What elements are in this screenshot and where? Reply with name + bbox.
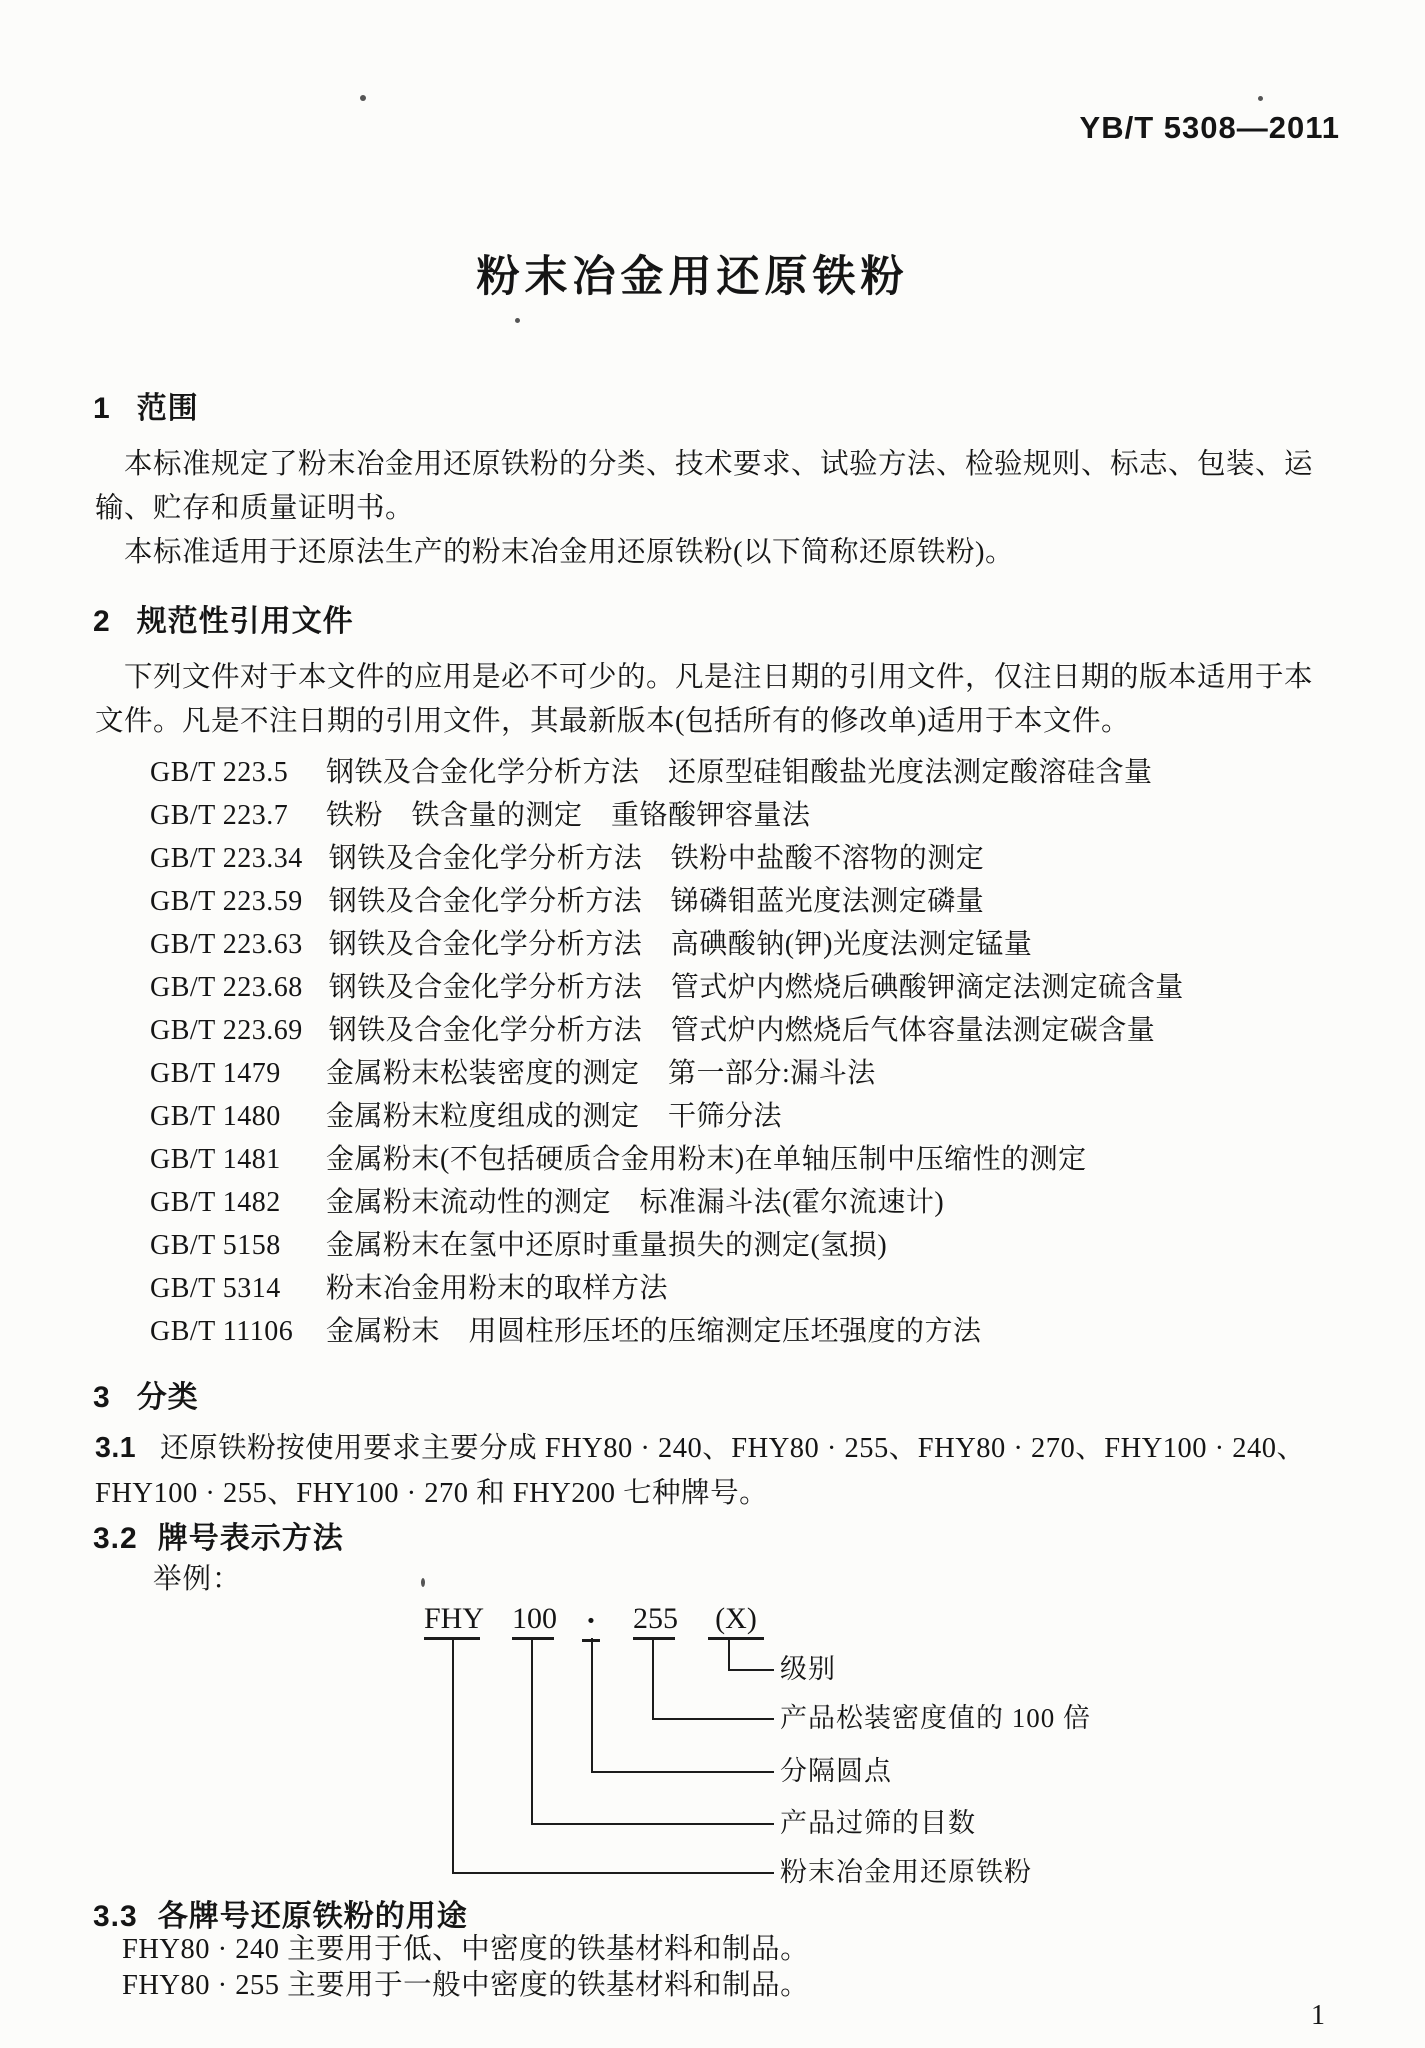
list-item: GB/T 5314粉末冶金用粉末的取样方法 bbox=[150, 1267, 1330, 1310]
diagram-code-density: 255 bbox=[633, 1602, 675, 1640]
list-item: GB/T 223.34钢铁及合金化学分析方法 铁粉中盐酸不溶物的测定 bbox=[150, 837, 1330, 880]
section-3-number: 3 bbox=[93, 1381, 111, 1415]
list-item: GB/T 223.7铁粉 铁含量的测定 重铬酸钾容量法 bbox=[150, 794, 1330, 837]
scope-paragraph-2: 本标准适用于还原法生产的粉末冶金用还原铁粉(以下简称还原铁粉)。 bbox=[95, 531, 1313, 575]
ref-title: 金属粉末粒度组成的测定 干筛分法 bbox=[326, 1095, 782, 1138]
diagram-connector-line bbox=[591, 1638, 593, 1773]
scope-paragraph-1: 本标准规定了粉末冶金用还原铁粉的分类、技术要求、试验方法、检验规则、标志、包装、… bbox=[95, 443, 1313, 531]
list-item: GB/T 1481金属粉末(不包括硬质合金用粉末)在单轴压制中压缩性的测定 bbox=[150, 1138, 1330, 1181]
list-item: GB/T 223.63钢铁及合金化学分析方法 高碘酸钠(钾)光度法测定锰量 bbox=[150, 923, 1330, 966]
diagram-connector-line bbox=[728, 1669, 774, 1671]
page-title: 粉末冶金用还原铁粉 bbox=[0, 243, 1385, 304]
diagram-label-separator: 分隔圆点 bbox=[780, 1756, 892, 1786]
list-item: GB/T 223.69钢铁及合金化学分析方法 管式炉内燃烧后气体容量法测定碳含量 bbox=[150, 1009, 1330, 1052]
section-1-number: 1 bbox=[93, 392, 111, 426]
ref-code: GB/T 11106 bbox=[150, 1310, 300, 1353]
clause-3-1: 3.1还原铁粉按使用要求主要分成 FHY80 · 240、FHY80 · 255… bbox=[95, 1426, 1313, 1516]
diagram-label-grade: 级别 bbox=[780, 1654, 836, 1684]
clause-3-1-number: 3.1 bbox=[95, 1432, 136, 1464]
ref-title: 金属粉末在氢中还原时重量损失的测定(氢损) bbox=[326, 1224, 887, 1267]
clause-3-2-number: 3.2 bbox=[93, 1522, 138, 1556]
designation-diagram: FHY 100 · 255 (X) 级别 产品松装密度值的 100 倍 分隔圆点… bbox=[0, 1590, 1425, 1900]
diagram-connector-line bbox=[652, 1718, 774, 1720]
usage-line-fhy80-255: FHY80 · 255 主要用于一般中密度的铁基材料和制品。 bbox=[122, 1962, 809, 2003]
section-1-title: 范围 bbox=[137, 392, 199, 425]
section-3-title: 分类 bbox=[137, 1381, 199, 1414]
ref-title: 金属粉末 用圆柱形压坯的压缩测定压坯强度的方法 bbox=[326, 1310, 982, 1353]
references-intro-paragraph: 下列文件对于本文件的应用是必不可少的。凡是注日期的引用文件，仅注日期的版本适用于… bbox=[95, 656, 1313, 744]
list-item: GB/T 11106金属粉末 用圆柱形压坯的压缩测定压坯强度的方法 bbox=[150, 1310, 1330, 1353]
list-item: GB/T 223.5钢铁及合金化学分析方法 还原型硅钼酸盐光度法测定酸溶硅含量 bbox=[150, 751, 1330, 794]
diagram-connector-line bbox=[591, 1771, 774, 1773]
ref-title: 钢铁及合金化学分析方法 锑磷钼蓝光度法测定磷量 bbox=[329, 880, 985, 923]
diagram-code-prefix: FHY bbox=[424, 1602, 480, 1640]
scan-speck bbox=[1258, 96, 1263, 101]
ref-code: GB/T 1482 bbox=[150, 1181, 300, 1224]
list-item: GB/T 1482金属粉末流动性的测定 标准漏斗法(霍尔流速计) bbox=[150, 1181, 1330, 1224]
ref-title: 金属粉末松装密度的测定 第一部分:漏斗法 bbox=[326, 1052, 876, 1095]
ref-title: 钢铁及合金化学分析方法 还原型硅钼酸盐光度法测定酸溶硅含量 bbox=[326, 751, 1153, 794]
clause-3-2-title: 牌号表示方法 bbox=[158, 1522, 344, 1555]
ref-title: 粉末冶金用粉末的取样方法 bbox=[326, 1267, 668, 1310]
ref-title: 金属粉末流动性的测定 标准漏斗法(霍尔流速计) bbox=[326, 1181, 944, 1224]
clause-3-2-heading: 3.2牌号表示方法 bbox=[93, 1513, 344, 1557]
doc-code: YB/T 5308—2011 bbox=[1080, 110, 1340, 146]
ref-code: GB/T 5314 bbox=[150, 1267, 300, 1310]
ref-code: GB/T 223.63 bbox=[150, 923, 303, 966]
ref-code: GB/T 223.68 bbox=[150, 966, 303, 1009]
section-2-number: 2 bbox=[93, 605, 111, 639]
ref-code: GB/T 223.34 bbox=[150, 837, 303, 880]
list-item: GB/T 1479金属粉末松装密度的测定 第一部分:漏斗法 bbox=[150, 1052, 1330, 1095]
ref-code: GB/T 1479 bbox=[150, 1052, 300, 1095]
diagram-connector-line bbox=[652, 1638, 654, 1720]
ref-code: GB/T 5158 bbox=[150, 1224, 300, 1267]
diagram-label-prefix: 粉末冶金用还原铁粉 bbox=[780, 1857, 1032, 1887]
list-item: GB/T 223.59钢铁及合金化学分析方法 锑磷钼蓝光度法测定磷量 bbox=[150, 880, 1330, 923]
diagram-connector-line bbox=[531, 1638, 533, 1825]
diagram-label-density: 产品松装密度值的 100 倍 bbox=[780, 1703, 1091, 1733]
ref-code: GB/T 1481 bbox=[150, 1138, 300, 1181]
ref-code: GB/T 223.5 bbox=[150, 751, 300, 794]
ref-title: 钢铁及合金化学分析方法 铁粉中盐酸不溶物的测定 bbox=[329, 837, 985, 880]
ref-title: 铁粉 铁含量的测定 重铬酸钾容量法 bbox=[326, 794, 811, 837]
diagram-code-mesh: 100 bbox=[512, 1602, 554, 1640]
section-2-title: 规范性引用文件 bbox=[137, 605, 354, 638]
ref-title: 钢铁及合金化学分析方法 管式炉内燃烧后碘酸钾滴定法测定硫含量 bbox=[329, 966, 1184, 1009]
diagram-code-grade: (X) bbox=[708, 1602, 764, 1640]
ref-title: 金属粉末(不包括硬质合金用粉末)在单轴压制中压缩性的测定 bbox=[326, 1138, 1087, 1181]
ref-code: GB/T 223.69 bbox=[150, 1009, 303, 1052]
section-3-heading: 3分类 bbox=[93, 1372, 199, 1416]
ref-title: 钢铁及合金化学分析方法 管式炉内燃烧后气体容量法测定碳含量 bbox=[329, 1009, 1156, 1052]
list-item: GB/T 5158金属粉末在氢中还原时重量损失的测定(氢损) bbox=[150, 1224, 1330, 1267]
list-item: GB/T 223.68钢铁及合金化学分析方法 管式炉内燃烧后碘酸钾滴定法测定硫含… bbox=[150, 966, 1330, 1009]
section-2-heading: 2规范性引用文件 bbox=[93, 596, 354, 640]
ref-title: 钢铁及合金化学分析方法 高碘酸钠(钾)光度法测定锰量 bbox=[329, 923, 1033, 966]
diagram-connector-line bbox=[452, 1872, 774, 1874]
diagram-connector-line bbox=[531, 1823, 774, 1825]
diagram-connector-line bbox=[728, 1638, 730, 1671]
ref-code: GB/T 1480 bbox=[150, 1095, 300, 1138]
diagram-label-mesh: 产品过筛的目数 bbox=[780, 1808, 976, 1838]
scan-speck bbox=[360, 95, 366, 101]
diagram-code-separator-dot: · bbox=[582, 1602, 600, 1642]
normative-references-list: GB/T 223.5钢铁及合金化学分析方法 还原型硅钼酸盐光度法测定酸溶硅含量 … bbox=[150, 751, 1330, 1353]
usage-line-fhy80-240: FHY80 · 240 主要用于低、中密度的铁基材料和制品。 bbox=[122, 1926, 809, 1967]
page-number: 1 bbox=[1311, 2000, 1325, 2032]
clause-3-1-text: 还原铁粉按使用要求主要分成 FHY80 · 240、FHY80 · 255、FH… bbox=[95, 1433, 1306, 1509]
scan-speck bbox=[515, 318, 520, 323]
section-1-heading: 1范围 bbox=[93, 383, 199, 427]
list-item: GB/T 1480金属粉末粒度组成的测定 干筛分法 bbox=[150, 1095, 1330, 1138]
scan-speck bbox=[421, 1578, 425, 1587]
diagram-connector-line bbox=[452, 1638, 454, 1874]
ref-code: GB/T 223.59 bbox=[150, 880, 303, 923]
standard-document-page: YB/T 5308—2011 粉末冶金用还原铁粉 1范围 本标准规定了粉末冶金用… bbox=[0, 0, 1425, 2048]
ref-code: GB/T 223.7 bbox=[150, 794, 300, 837]
